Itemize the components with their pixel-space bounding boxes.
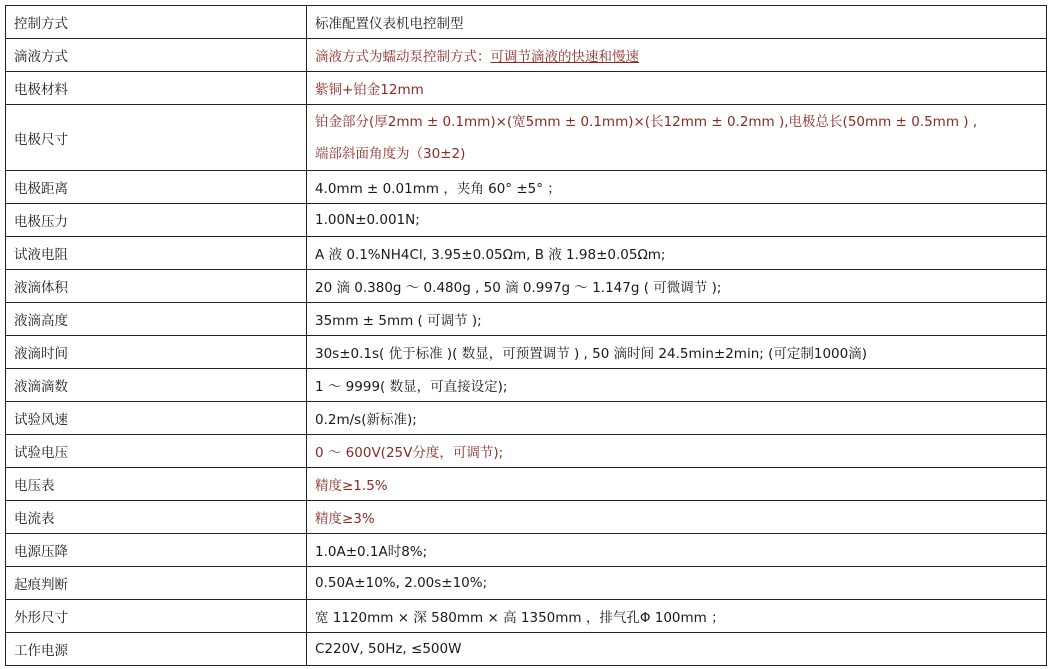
spec-label: 液滴滴数 <box>6 369 307 402</box>
table-row: 起痕判断 0.50A±10%, 2.00s±10%; <box>6 567 1047 600</box>
spec-label: 控制方式 <box>6 6 307 39</box>
spec-label: 电极材料 <box>6 72 307 105</box>
spec-label: 试液电阻 <box>6 237 307 270</box>
spec-label: 外形尺寸 <box>6 600 307 633</box>
spec-label: 电极压力 <box>6 204 307 237</box>
table-row: 外形尺寸 宽 1120mm × 深 580mm × 高 1350mm ，排气孔Φ… <box>6 600 1047 633</box>
spec-label: 试验电压 <box>6 435 307 468</box>
table-row: 电极压力 1.00N±0.001N; <box>6 204 1047 237</box>
table-row: 控制方式 标准配置仪表机电控制型 <box>6 6 1047 39</box>
spec-value: 0.2m/s(新标准); <box>307 402 1047 435</box>
table-row: 液滴高度 35mm ± 5mm ( 可调节 ); <box>6 303 1047 336</box>
spec-label: 液滴体积 <box>6 270 307 303</box>
table-row: 滴液方式 滴液方式为蠕动泵控制方式：可调节滴液的快速和慢速 <box>6 39 1047 72</box>
spec-label: 液滴时间 <box>6 336 307 369</box>
spec-label: 起痕判断 <box>6 567 307 600</box>
table-row: 电流表 精度≥3% <box>6 501 1047 534</box>
spec-value: 标准配置仪表机电控制型 <box>307 6 1047 39</box>
table-row: 液滴时间 30s±0.1s( 优于标准 )( 数显，可预置调节 ) , 50 滴… <box>6 336 1047 369</box>
table-row: 工作电源 C220V, 50Hz, ≤500W <box>6 633 1047 666</box>
table-row: 电极距离 4.0mm ± 0.01mm ，夹角 60° ±5° ； <box>6 171 1047 204</box>
table-row: 液滴体积 20 滴 0.380g ～ 0.480g , 50 滴 0.997g … <box>6 270 1047 303</box>
spec-value: 铂金部分(厚2mm ± 0.1mm)×(宽5mm ± 0.1mm)×(长12mm… <box>307 105 1047 171</box>
spec-value: 35mm ± 5mm ( 可调节 ); <box>307 303 1047 336</box>
table-row: 电极尺寸 铂金部分(厚2mm ± 0.1mm)×(宽5mm ± 0.1mm)×(… <box>6 105 1047 171</box>
spec-table: 控制方式 标准配置仪表机电控制型 滴液方式 滴液方式为蠕动泵控制方式：可调节滴液… <box>5 5 1047 666</box>
spec-value: 精度≥3% <box>307 501 1047 534</box>
spec-value: 紫铜+铂金12mm <box>307 72 1047 105</box>
spec-label: 液滴高度 <box>6 303 307 336</box>
spec-value: C220V, 50Hz, ≤500W <box>307 633 1047 666</box>
table-row: 电极材料 紫铜+铂金12mm <box>6 72 1047 105</box>
spec-value-line-2: 端部斜面角度为（30±2) <box>315 138 1046 170</box>
spec-value: 0.50A±10%, 2.00s±10%; <box>307 567 1047 600</box>
table-row: 试验电压 0 ～ 600V(25V分度，可调节); <box>6 435 1047 468</box>
spec-label: 电流表 <box>6 501 307 534</box>
spec-value: 0 ～ 600V(25V分度，可调节); <box>307 435 1047 468</box>
spec-value: 宽 1120mm × 深 580mm × 高 1350mm ，排气孔Φ 100m… <box>307 600 1047 633</box>
spec-value: 1.00N±0.001N; <box>307 204 1047 237</box>
table-row: 电压表 精度≥1.5% <box>6 468 1047 501</box>
spec-label: 电源压降 <box>6 534 307 567</box>
table-row: 试验风速 0.2m/s(新标准); <box>6 402 1047 435</box>
table-row: 液滴滴数 1 ～ 9999( 数显，可直接设定); <box>6 369 1047 402</box>
spec-value: 1.0A±0.1A时8%; <box>307 534 1047 567</box>
spec-value: 精度≥1.5% <box>307 468 1047 501</box>
spec-value-line-1: 铂金部分(厚2mm ± 0.1mm)×(宽5mm ± 0.1mm)×(长12mm… <box>315 106 1046 138</box>
spec-value-link[interactable]: 可调节滴液的快速和慢速 <box>491 49 640 65</box>
spec-label: 工作电源 <box>6 633 307 666</box>
spec-label: 试验风速 <box>6 402 307 435</box>
spec-value: 1 ～ 9999( 数显，可直接设定); <box>307 369 1047 402</box>
spec-value: 滴液方式为蠕动泵控制方式：可调节滴液的快速和慢速 <box>307 39 1047 72</box>
table-row: 试液电阻 A 液 0.1%NH4Cl, 3.95±0.05Ωm, B 液 1.9… <box>6 237 1047 270</box>
spec-value-text: 滴液方式为蠕动泵控制方式： <box>315 49 491 65</box>
spec-value: 20 滴 0.380g ～ 0.480g , 50 滴 0.997g ～ 1.1… <box>307 270 1047 303</box>
spec-value: A 液 0.1%NH4Cl, 3.95±0.05Ωm, B 液 1.98±0.0… <box>307 237 1047 270</box>
spec-label: 滴液方式 <box>6 39 307 72</box>
spec-value: 4.0mm ± 0.01mm ，夹角 60° ±5° ； <box>307 171 1047 204</box>
table-row: 电源压降 1.0A±0.1A时8%; <box>6 534 1047 567</box>
spec-label: 电极尺寸 <box>6 105 307 171</box>
spec-value: 30s±0.1s( 优于标准 )( 数显，可预置调节 ) , 50 滴时间 24… <box>307 336 1047 369</box>
spec-label: 电压表 <box>6 468 307 501</box>
spec-label: 电极距离 <box>6 171 307 204</box>
